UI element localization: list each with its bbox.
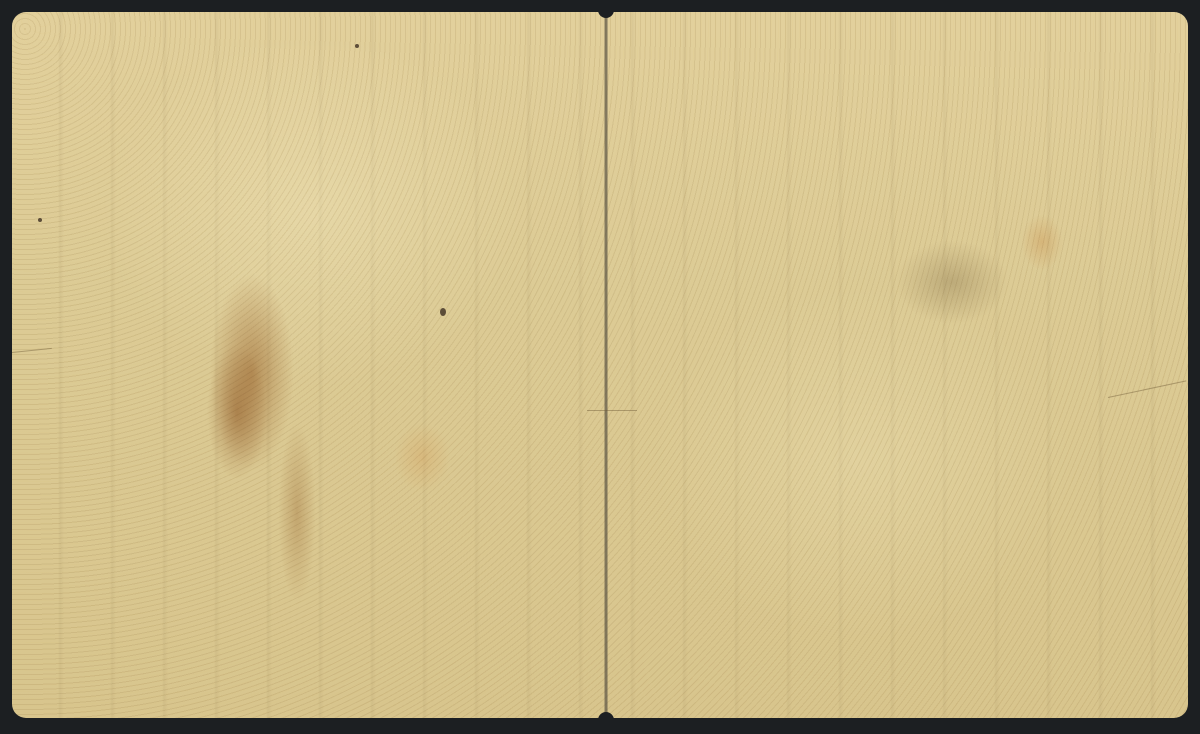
ink-dot [440,308,446,316]
aged-paper-note [12,12,1188,718]
paper-texture [12,12,1188,718]
ink-dot-small [355,44,359,48]
center-fold [604,12,608,718]
crease-fold-horizontal [587,410,637,411]
ink-dot-left [38,218,42,222]
